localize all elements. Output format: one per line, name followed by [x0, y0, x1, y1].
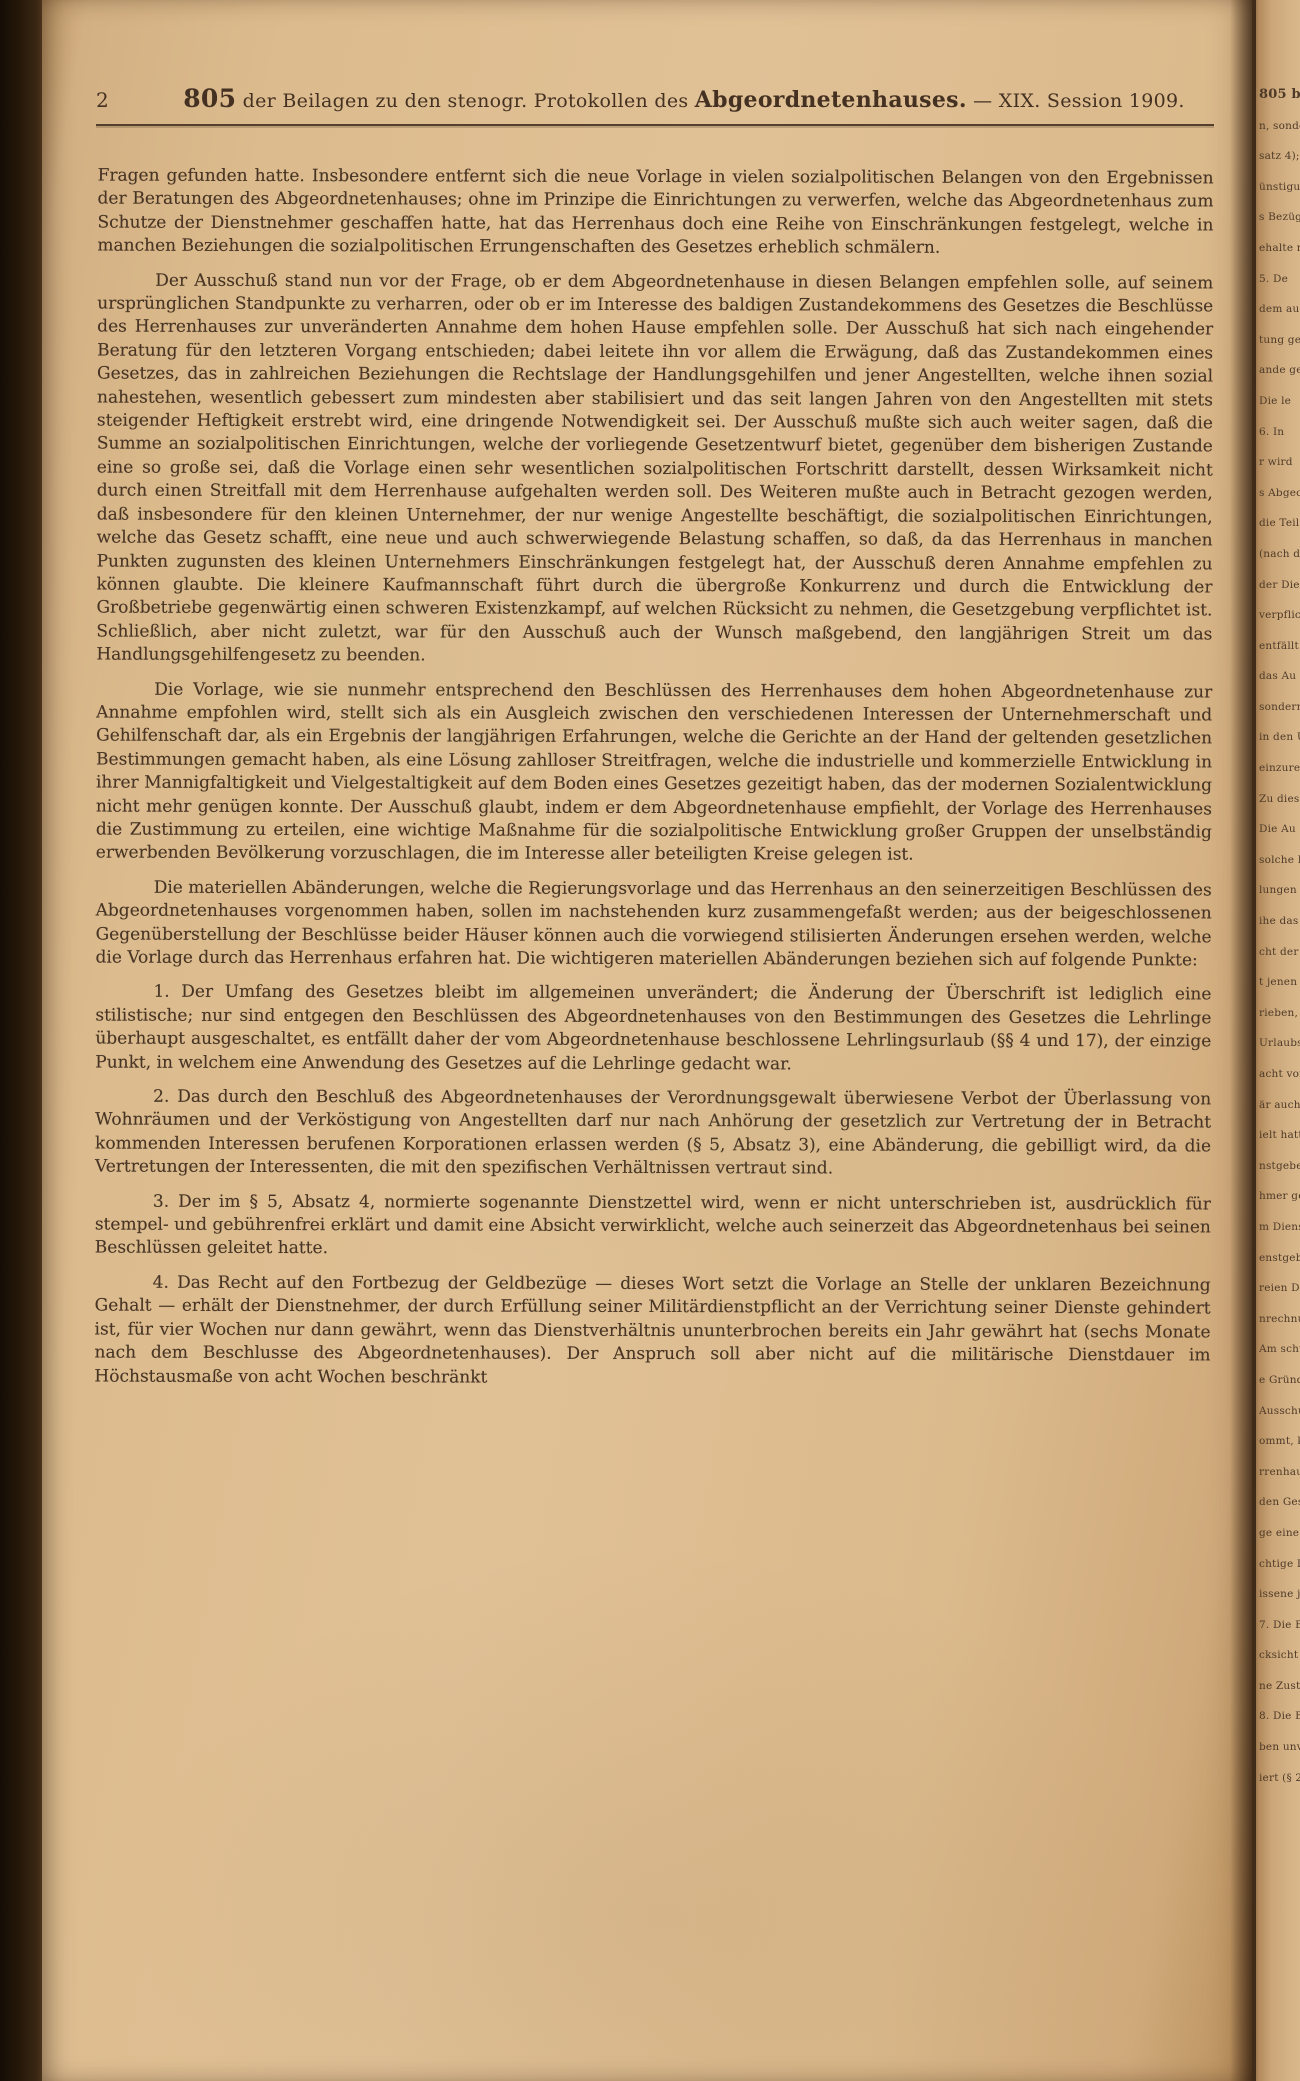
page-fragment: tung gem — [1259, 325, 1300, 356]
page-fragment: enstgeber un — [1259, 1243, 1300, 1274]
document-number: 805 — [183, 84, 236, 113]
page-fragment: är auch d — [1259, 1090, 1300, 1121]
book-gutter-shadow — [1230, 0, 1256, 2081]
page-fragment: iert (§ 20, Ab — [1259, 1763, 1300, 1794]
page-fragment: acht von d — [1259, 1059, 1300, 1090]
page-header: 2 805 der Beilagen zu den stenogr. Proto… — [96, 84, 1212, 113]
page-fragment: 5. De — [1259, 264, 1300, 295]
page-fragment: Urlaubsteil — [1259, 1028, 1300, 1059]
page-fragment: verpflich — [1259, 600, 1300, 631]
page-number: 2 — [96, 88, 156, 112]
page-fragment: 805 b — [1259, 80, 1300, 111]
page-fragment: rieben, in t — [1259, 998, 1300, 1029]
page-fragment: dem auch — [1259, 294, 1300, 325]
paragraph: Der Ausschuß stand nun vor der Frage, ob… — [96, 269, 1213, 670]
page-fragment: ommt, kaum — [1259, 1426, 1300, 1457]
page-fragment: m Dienstnehm — [1259, 1212, 1300, 1243]
left-page: 2 805 der Beilagen zu den stenogr. Proto… — [42, 0, 1252, 2081]
page-fragment: das Au — [1259, 661, 1300, 692]
list-point-3: 3. Der im § 5, Absatz 4, normierte sogen… — [95, 1190, 1211, 1263]
list-point-2: 2. Das durch den Beschluß des Abgeordnet… — [95, 1086, 1211, 1183]
list-point-4: 4. Das Recht auf den Fortbezug der Geldb… — [94, 1271, 1210, 1391]
page-fragment: rrenhauses zu — [1259, 1457, 1300, 1488]
page-fragment: r wird — [1259, 447, 1300, 478]
paragraph-continuation: Fragen gefunden hatte. Insbesondere entf… — [97, 165, 1213, 262]
page-fragment: Die Au — [1259, 814, 1300, 845]
page-fragment: 7. Die B — [1259, 1610, 1300, 1641]
page-fragment: nstgeber vor — [1259, 1151, 1300, 1182]
running-title-tail: — XIX. Session 1909. — [967, 90, 1185, 112]
page-fragment: ihe das Ge — [1259, 906, 1300, 937]
page-fragment: in den U — [1259, 722, 1300, 753]
page-fragment: nrechnung all — [1259, 1304, 1300, 1335]
page-fragment: s Bezüge — [1259, 202, 1300, 233]
right-page-sliver: 805 bn, sondersatz 4);ünstiguns Bezügeeh… — [1252, 0, 1300, 2081]
page-fragment: n, sonder — [1259, 111, 1300, 142]
page-fragment: chtige Diens — [1259, 1549, 1300, 1580]
page-fragment: issene jugend — [1259, 1579, 1300, 1610]
page-fragment: hmer gekündi — [1259, 1181, 1300, 1212]
header-rule — [96, 124, 1214, 126]
page-fragment: Die le — [1259, 386, 1300, 417]
page-fragment: satz 4); — [1259, 141, 1300, 172]
running-title-bold: Abgeordnetenhauses. — [695, 87, 967, 113]
scan-dark-edge — [0, 0, 46, 2081]
page-fragment: sondern — [1259, 692, 1300, 723]
page-fragment: s Abgeordn — [1259, 478, 1300, 509]
page-fragment: Zu dies — [1259, 784, 1300, 815]
page-fragment: ben unveränd — [1259, 1732, 1300, 1763]
page-fragment: t jenen A — [1259, 967, 1300, 998]
page-fragment: (nach d — [1259, 539, 1300, 570]
page-fragment: ande gek — [1259, 355, 1300, 386]
page-fragment: 8. Die B — [1259, 1701, 1300, 1732]
page-fragment: cht der Teil — [1259, 937, 1300, 968]
running-title-mid: der Beilagen zu den stenogr. Protokollen… — [236, 90, 694, 112]
page-fragment: die Teil — [1259, 508, 1300, 539]
page-fragment: cksicht auf das — [1259, 1640, 1300, 1671]
page-fragment: reien Dienst — [1259, 1273, 1300, 1304]
page-fragment: Ausschusses — [1259, 1396, 1300, 1427]
page-fragment: Am schw — [1259, 1334, 1300, 1365]
page-fragment: solche Betr — [1259, 845, 1300, 876]
page-fragment: entfällt — [1259, 631, 1300, 662]
page-fragment: lungen der — [1259, 875, 1300, 906]
page-fragment: 6. In — [1259, 417, 1300, 448]
paragraph: Die Vorlage, wie sie nunmehr entsprechen… — [96, 678, 1212, 868]
list-point-1: 1. Der Umfang des Gesetzes bleibt im all… — [95, 981, 1211, 1078]
adjacent-page-fragments: 805 bn, sondersatz 4);ünstiguns Bezügeeh… — [1259, 80, 1300, 1793]
page-fragment: den Gesetzes — [1259, 1487, 1300, 1518]
page-fragment: ehalte nich — [1259, 233, 1300, 264]
page-fragment: ne Zustimmu — [1259, 1671, 1300, 1702]
page-fragment: einzurech — [1259, 753, 1300, 784]
page-fragment: e Gründe, we — [1259, 1365, 1300, 1396]
paragraph: Die materiellen Abänderungen, welche die… — [96, 876, 1212, 973]
body-text: Fragen gefunden hatte. Insbesondere entf… — [94, 165, 1213, 1403]
page-fragment: der Die — [1259, 570, 1300, 601]
page-fragment: ünstigun — [1259, 172, 1300, 203]
page-fragment: ge eine den — [1259, 1518, 1300, 1549]
page-fragment: ielt hatte, d — [1259, 1120, 1300, 1151]
running-title: 805 der Beilagen zu den stenogr. Protoko… — [156, 84, 1212, 113]
